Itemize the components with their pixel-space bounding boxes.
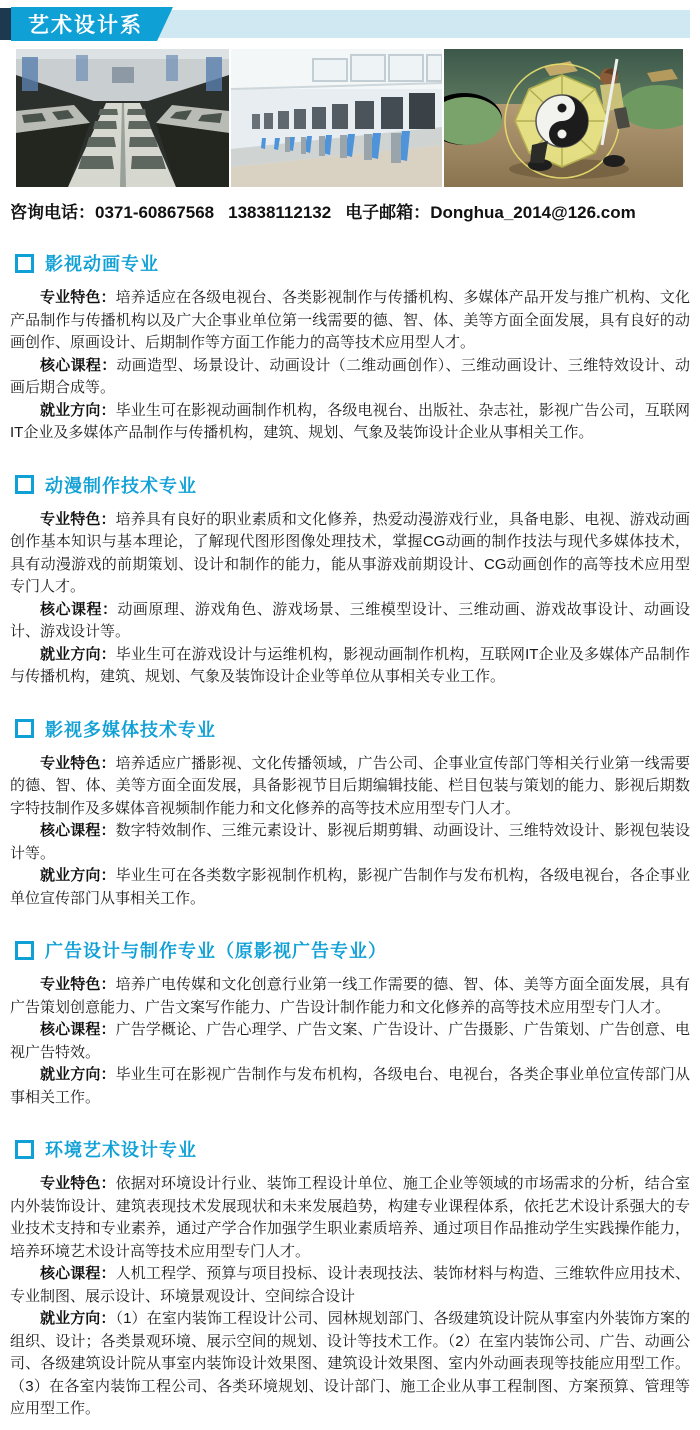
section-ad-design: 广告设计与制作专业（原影视广告专业） 专业特色：培养广电传媒和文化创意行业第一线… (0, 937, 700, 1109)
computer-lab-bright-illustration (231, 49, 442, 187)
section-paragraph: 专业特色：培养具有良好的职业素质和文化修养，热爱动漫游戏行业，具备电影、电视、游… (10, 509, 690, 599)
cg-artwork-illustration (444, 49, 683, 187)
paragraph-label: 专业特色： (40, 289, 116, 306)
contact-line: 咨询电话：0371-6086756813838112132电子邮箱：Donghu… (0, 198, 700, 223)
section-paragraph: 专业特色：培养广电传媒和文化创意行业第一线工作需要的德、智、体、美等方面全面发展… (10, 974, 690, 1019)
section-paragraph: 核心课程：动画造型、场景设计、动画设计（二维动画创作）、三维动画设计、三维特效设… (10, 355, 690, 400)
section-heading: 动漫制作技术专业 (0, 472, 700, 498)
section-paragraph: 专业特色：培养适应广播影视、文化传播领域，广告公司、企事业宣传部门等相关行业第一… (10, 753, 690, 821)
section-anime-production: 动漫制作技术专业 专业特色：培养具有良好的职业素质和文化修养，热爱动漫游戏行业，… (0, 472, 700, 689)
computer-lab-dark-illustration (16, 49, 229, 187)
cg-artwork-yinyang-photo (444, 49, 683, 187)
section-paragraph: 就业方向：毕业生可在各类数字影视制作机构，影视广告制作与发布机构，各级电视台，各… (10, 865, 690, 910)
phone-label: 咨询电话： (10, 203, 95, 222)
department-banner: 艺术设计系 (11, 7, 173, 41)
paragraph-label: 就业方向： (40, 1310, 115, 1327)
paragraph-label: 专业特色： (40, 511, 116, 528)
section-paragraph: 核心课程：数字特效制作、三维元素设计、影视后期剪辑、动画设计、三维特效设计、影视… (10, 820, 690, 865)
paragraph-label: 专业特色： (40, 755, 116, 772)
paragraph-label: 核心课程： (40, 357, 117, 374)
section-paragraph: 专业特色：依据对环境设计行业、装饰工程设计单位、施工企业等领域的市场需求的分析，… (10, 1173, 690, 1263)
phone-number-1: 0371-60867568 (95, 203, 214, 222)
section-title: 动漫制作技术专业 (45, 472, 197, 498)
computer-lab-bright-photo (231, 49, 442, 187)
section-heading: 影视多媒体技术专业 (0, 716, 700, 742)
email-label: 电子邮箱： (345, 203, 430, 222)
section-title: 影视动画专业 (45, 250, 159, 276)
section-multimedia-tech: 影视多媒体技术专业 专业特色：培养适应广播影视、文化传播领域，广告公司、企事业宣… (0, 716, 700, 911)
section-title: 影视多媒体技术专业 (45, 716, 216, 742)
section-heading: 影视动画专业 (0, 250, 700, 276)
square-bullet-icon (15, 719, 34, 738)
section-paragraph: 就业方向：（1）在室内装饰工程设计公司、园林规划部门、各级建筑设计院从事室内外装… (10, 1308, 690, 1421)
square-bullet-icon (15, 1140, 34, 1159)
page-title: 艺术设计系 (11, 9, 143, 39)
paragraph-label: 核心课程： (40, 1021, 116, 1038)
paragraph-label: 就业方向： (40, 867, 116, 884)
phone-number-2: 13838112132 (228, 203, 331, 222)
header-edge-strip (0, 8, 12, 40)
section-paragraph: 就业方向：毕业生可在影视广告制作与发布机构，各级电台、电视台，各类企事业单位宣传… (10, 1064, 690, 1109)
square-bullet-icon (15, 941, 34, 960)
paragraph-label: 就业方向： (40, 1066, 116, 1083)
section-paragraph: 核心课程：动画原理、游戏角色、游戏场景、三维模型设计、三维动画、游戏故事设计、动… (10, 599, 690, 644)
section-paragraph: 核心课程：广告学概论、广告心理学、广告文案、广告设计、广告摄影、广告策划、广告创… (10, 1019, 690, 1064)
paragraph-label: 核心课程： (40, 822, 116, 839)
paragraph-label: 专业特色： (40, 1175, 116, 1192)
paragraph-label: 核心课程： (40, 601, 117, 618)
paragraph-label: 就业方向： (40, 646, 116, 663)
section-film-animation: 影视动画专业 专业特色：培养适应在各级电视台、各类影视制作与传播机构、多媒体产品… (0, 250, 700, 445)
section-title: 环境艺术设计专业 (45, 1136, 197, 1162)
paragraph-label: 核心课程： (40, 1265, 116, 1282)
section-paragraph: 就业方向：毕业生可在影视动画制作机构，各级电视台、出版社、杂志社，影视广告公司，… (10, 400, 690, 445)
email-address: Donghua_2014@126.com (430, 203, 636, 222)
section-heading: 环境艺术设计专业 (0, 1136, 700, 1162)
header-light-bar (152, 10, 690, 38)
section-environment-art: 环境艺术设计专业 专业特色：依据对环境设计行业、装饰工程设计单位、施工企业等领域… (0, 1136, 700, 1421)
section-paragraph: 专业特色：培养适应在各级电视台、各类影视制作与传播机构、多媒体产品开发与推广机构… (10, 287, 690, 355)
section-title: 广告设计与制作专业（原影视广告专业） (45, 937, 387, 963)
paragraph-label: 专业特色： (40, 976, 116, 993)
section-paragraph: 核心课程：人机工程学、预算与项目投标、设计表现技法、装饰材料与构造、三维软件应用… (10, 1263, 690, 1308)
section-paragraph: 就业方向：毕业生可在游戏设计与运维机构，影视动画制作机构，互联网IT企业及多媒体… (10, 644, 690, 689)
square-bullet-icon (15, 254, 34, 273)
square-bullet-icon (15, 475, 34, 494)
photo-strip (0, 49, 700, 187)
paragraph-label: 就业方向： (40, 402, 116, 419)
section-heading: 广告设计与制作专业（原影视广告专业） (0, 937, 700, 963)
page-header: 艺术设计系 (0, 7, 700, 41)
computer-lab-dark-photo (16, 49, 229, 187)
